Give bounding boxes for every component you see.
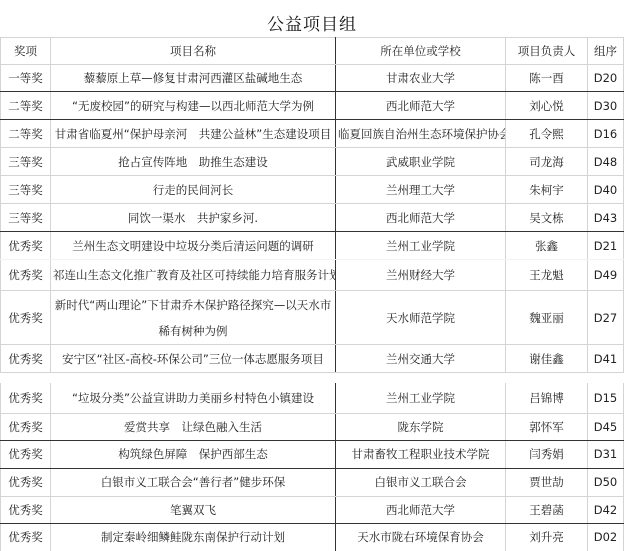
table-row: 优秀奖 安宁区“社区-高校-环保公司”三位一体志愿服务项目 兰州交通大学 谢佳鑫… [1, 345, 624, 373]
page-title: 公益项目组 [0, 10, 624, 35]
award-cell: 二等奖 [1, 120, 51, 148]
leader-cell: 王龙魁 [506, 260, 588, 291]
award-cell: 一等奖 [1, 65, 51, 92]
project-cell: 藜藜原上草—修复甘肃河西灌区盐碱地生态 [51, 65, 336, 92]
leader-cell: 闫秀娟 [506, 440, 588, 468]
code-cell: D40 [588, 176, 624, 204]
leader-cell: 郭怀军 [506, 413, 588, 440]
org-cell: 甘肃畜牧工程职业技术学院 [336, 440, 506, 468]
project-cell: 新时代“两山理论”下甘肃乔木保护路径探究—以天水市稀有树种为例 [51, 291, 336, 345]
header-award: 奖项 [1, 38, 51, 65]
award-cell: 优秀奖 [1, 291, 51, 345]
table-row: 优秀奖 构筑绿色屏障 保护西部生态 甘肃畜牧工程职业技术学院 闫秀娟 D31 [1, 440, 624, 468]
code-cell: D15 [588, 383, 624, 413]
leader-cell: 孔令熙 [506, 120, 588, 148]
org-cell: 西北师范大学 [336, 204, 506, 232]
leader-cell: 谢佳鑫 [506, 345, 588, 373]
table-row: 三等奖 同饮一渠水 共护家乡河. 西北师范大学 吴文栋 D43 [1, 204, 624, 232]
leader-cell: 魏亚丽 [506, 291, 588, 345]
project-cell: 抢占宣传阵地 助推生态建设 [51, 148, 336, 176]
award-cell: 优秀奖 [1, 523, 51, 551]
org-cell: 西北师范大学 [336, 496, 506, 523]
code-cell: D16 [588, 120, 624, 148]
table-row: 二等奖 甘肃省临夏州“保护母亲河 共建公益林”生态建设项目 临夏回族自治州生态环… [1, 120, 624, 148]
table-row: 优秀奖 新时代“两山理论”下甘肃乔木保护路径探究—以天水市稀有树种为例 天水师范… [1, 291, 624, 345]
table-header-row: 奖项 项目名称 所在单位或学校 项目负责人 组序 [1, 38, 624, 65]
header-leader: 项目负责人 [506, 38, 588, 65]
org-cell: 天水师范学院 [336, 291, 506, 345]
project-cell: 祁连山生态文化推广教育及社区可持续能力培育服务计划 [51, 260, 336, 291]
leader-cell: 刘心悦 [506, 92, 588, 120]
award-cell: 三等奖 [1, 204, 51, 232]
leader-cell: 吴文栋 [506, 204, 588, 232]
table-row: 优秀奖 白银市义工联合会“善行者”健步环保 白银市义工联合会 贾世劼 D50 [1, 468, 624, 496]
leader-cell: 朱柯宇 [506, 176, 588, 204]
project-cell: 甘肃省临夏州“保护母亲河 共建公益林”生态建设项目 [51, 120, 336, 148]
table-row: 优秀奖 兰州生态文明建设中垃圾分类后清运问题的调研 兰州工业学院 张鑫 D21 [1, 232, 624, 260]
org-cell: 兰州理工大学 [336, 176, 506, 204]
code-cell: D02 [588, 523, 624, 551]
code-cell: D42 [588, 496, 624, 523]
award-cell: 三等奖 [1, 176, 51, 204]
table-row: 优秀奖 “垃圾分类”公益宣讲助力美丽乡村特色小镇建设 兰州工业学院 吕锦博 D1… [1, 383, 624, 413]
award-cell: 优秀奖 [1, 440, 51, 468]
award-cell: 优秀奖 [1, 383, 51, 413]
org-cell: 临夏回族自治州生态环境保护协会 [336, 120, 506, 148]
org-cell: 白银市义工联合会 [336, 468, 506, 496]
org-cell: 武威职业学院 [336, 148, 506, 176]
code-cell: D31 [588, 440, 624, 468]
org-cell: 甘肃农业大学 [336, 65, 506, 92]
leader-cell: 吕锦博 [506, 383, 588, 413]
award-cell: 优秀奖 [1, 345, 51, 373]
award-cell: 二等奖 [1, 92, 51, 120]
code-cell: D50 [588, 468, 624, 496]
org-cell: 兰州工业学院 [336, 383, 506, 413]
code-cell: D48 [588, 148, 624, 176]
code-cell: D30 [588, 92, 624, 120]
org-cell: 西北师范大学 [336, 92, 506, 120]
project-cell: 安宁区“社区-高校-环保公司”三位一体志愿服务项目 [51, 345, 336, 373]
awards-table-part-1: 奖项 项目名称 所在单位或学校 项目负责人 组序 一等奖 藜藜原上草—修复甘肃河… [0, 37, 624, 373]
org-cell: 兰州交通大学 [336, 345, 506, 373]
header-code: 组序 [588, 38, 624, 65]
project-cell: 兰州生态文明建设中垃圾分类后清运问题的调研 [51, 232, 336, 260]
code-cell: D27 [588, 291, 624, 345]
header-org: 所在单位或学校 [336, 38, 506, 65]
project-cell: 白银市义工联合会“善行者”健步环保 [51, 468, 336, 496]
table-row: 优秀奖 笔翼双飞 西北师范大学 王碧菡 D42 [1, 496, 624, 523]
leader-cell: 刘升亮 [506, 523, 588, 551]
awards-table-part-2: 优秀奖 “垃圾分类”公益宣讲助力美丽乡村特色小镇建设 兰州工业学院 吕锦博 D1… [0, 383, 624, 551]
leader-cell: 陈一酉 [506, 65, 588, 92]
header-project: 项目名称 [51, 38, 336, 65]
leader-cell: 张鑫 [506, 232, 588, 260]
award-cell: 优秀奖 [1, 260, 51, 291]
award-cell: 三等奖 [1, 148, 51, 176]
leader-cell: 贾世劼 [506, 468, 588, 496]
table-row: 优秀奖 爱赏共享 让绿色融入生活 陇东学院 郭怀军 D45 [1, 413, 624, 440]
award-cell: 优秀奖 [1, 232, 51, 260]
table-row: 一等奖 藜藜原上草—修复甘肃河西灌区盐碱地生态 甘肃农业大学 陈一酉 D20 [1, 65, 624, 92]
project-cell: “垃圾分类”公益宣讲助力美丽乡村特色小镇建设 [51, 383, 336, 413]
table-row: 三等奖 抢占宣传阵地 助推生态建设 武威职业学院 司龙海 D48 [1, 148, 624, 176]
project-cell: “无废校园”的研究与构建—以西北师范大学为例 [51, 92, 336, 120]
project-cell: 笔翼双飞 [51, 496, 336, 523]
leader-cell: 王碧菡 [506, 496, 588, 523]
code-cell: D45 [588, 413, 624, 440]
org-cell: 陇东学院 [336, 413, 506, 440]
code-cell: D49 [588, 260, 624, 291]
table-row: 优秀奖 祁连山生态文化推广教育及社区可持续能力培育服务计划 兰州财经大学 王龙魁… [1, 260, 624, 291]
table-row: 二等奖 “无废校园”的研究与构建—以西北师范大学为例 西北师范大学 刘心悦 D3… [1, 92, 624, 120]
code-cell: D21 [588, 232, 624, 260]
project-cell: 同饮一渠水 共护家乡河. [51, 204, 336, 232]
project-cell: 制定秦岭细鳞鲑陇东南保护行动计划 [51, 523, 336, 551]
table-row: 优秀奖 制定秦岭细鳞鲑陇东南保护行动计划 天水市陇右环境保育协会 刘升亮 D02 [1, 523, 624, 551]
code-cell: D41 [588, 345, 624, 373]
table-row: 三等奖 行走的民间河长 兰州理工大学 朱柯宇 D40 [1, 176, 624, 204]
org-cell: 兰州工业学院 [336, 232, 506, 260]
project-cell: 行走的民间河长 [51, 176, 336, 204]
project-cell: 爱赏共享 让绿色融入生活 [51, 413, 336, 440]
award-cell: 优秀奖 [1, 468, 51, 496]
code-cell: D43 [588, 204, 624, 232]
award-cell: 优秀奖 [1, 496, 51, 523]
leader-cell: 司龙海 [506, 148, 588, 176]
org-cell: 兰州财经大学 [336, 260, 506, 291]
org-cell: 天水市陇右环境保育协会 [336, 523, 506, 551]
award-cell: 优秀奖 [1, 413, 51, 440]
project-cell: 构筑绿色屏障 保护西部生态 [51, 440, 336, 468]
code-cell: D20 [588, 65, 624, 92]
